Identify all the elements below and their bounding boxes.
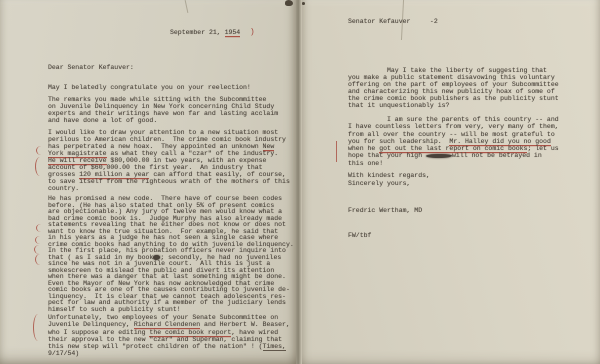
red-margin-mark [35, 236, 40, 244]
letter-page-2: Senator Kefauver -2 May I take the liber… [302, 0, 600, 364]
typed-text: on Juvenile Delinquency in New York conc… [48, 103, 274, 110]
typed-line: I have countless letters from very, very… [348, 123, 559, 130]
typed-text: will not be betrayed in [452, 152, 542, 159]
typed-line: on Juvenile Delinquency in New York conc… [48, 103, 278, 110]
paragraph-new-code: He has promised a new code. There have o… [48, 196, 294, 313]
red-underline-annotation: 1954 [225, 29, 241, 36]
typed-line: grosses 120 million a year can afford th… [48, 171, 290, 178]
typed-text: this one! [348, 160, 383, 167]
page-header: Senator Kefauver -2 [348, 18, 438, 25]
typed-underline-text: Times, [263, 343, 286, 350]
red-margin-mark [34, 245, 39, 254]
typed-line: The remarks you made while sitting with … [48, 96, 278, 103]
typed-line: this new step will "protect children of … [48, 343, 290, 350]
typed-text: and have done a lot of good. [48, 117, 157, 124]
typed-line: himself to such a publicity stunt! [48, 307, 294, 314]
red-margin-mark [33, 314, 38, 341]
typed-text: account of $60,000.00 the first year. An… [48, 164, 263, 171]
typed-text: their approval to the new "czar" and Sup… [48, 336, 282, 343]
typed-line: to save itself from the righteous wrath … [48, 178, 290, 185]
typed-text: himself to such a publicity stunt! [48, 306, 181, 313]
typed-text: offering on the part of employees of you… [348, 81, 559, 88]
typed-line: hope that your high will not be betrayed… [348, 152, 559, 159]
typed-text: Unfortunately, two employees of your Sen… [48, 314, 278, 321]
typed-text: Juvenile Delinquency, [48, 321, 134, 328]
typed-line: from all over the country -- will be mos… [348, 131, 559, 138]
typed-text: you make a public statement disavowing t… [348, 74, 555, 81]
typed-text: perilous to American children. The crime… [48, 136, 286, 143]
red-underline-annotation: He will receive [48, 157, 107, 164]
typed-text: grosses [48, 171, 79, 178]
typed-line: York magistrate as what they call a "cza… [48, 150, 290, 157]
typed-line: offering on the part of employees of you… [348, 81, 559, 88]
typed-text: I would like to draw your attention to a… [48, 129, 278, 136]
typed-line: who I suppose are editing the comic book… [48, 329, 290, 336]
typed-text: has perpetrated a new hoax. They appoint… [48, 143, 263, 150]
signature-name: Fredric Wertham, MD [348, 207, 422, 214]
typist-initials: FW/tbf [348, 232, 371, 239]
typed-text: $80,000.00 in two years, with an expense [107, 157, 267, 164]
typed-text: experts and their writings have won far … [48, 110, 278, 117]
typed-text: September 21, [170, 29, 225, 36]
typed-text: May I take the liberty of suggesting tha… [348, 67, 547, 74]
salutation: Dear Senator Kefauver: [48, 64, 134, 71]
typed-text: as what they call a "czar" of the indust… [107, 150, 279, 157]
typed-text: from all over the country -- will be mos… [348, 131, 555, 138]
paragraph-czar-hoax: I would like to draw your attention to a… [48, 129, 290, 192]
typed-line: 9/17/54) [48, 350, 290, 357]
typed-text: I have countless letters from very, very… [348, 123, 559, 130]
typed-line: and characterizing this new publicity ho… [348, 88, 559, 95]
typed-text: the crime comic book publishers as the p… [348, 95, 559, 102]
typed-line: that it unquestionably is? [348, 102, 559, 109]
typed-text: can afford that easily, of course, [149, 171, 286, 178]
ink-speck [302, 2, 305, 5]
typed-text: and characterizing this new publicity ho… [348, 88, 555, 95]
red-margin-mark [336, 141, 337, 162]
typed-line: the crime comic book publishers as the p… [348, 95, 559, 102]
letter-page-1: September 21, 1954 ) Dear Senator Kefauv… [0, 0, 296, 364]
red-underline-annotation: the comic book report [149, 329, 231, 336]
typed-line: has perpetrated a new hoax. They appoint… [48, 143, 290, 150]
typed-text: country. [48, 185, 79, 192]
typed-line: He will receive $80,000.00 in two years,… [48, 157, 290, 164]
ink-blot [426, 154, 452, 159]
red-underline-annotation: Richard Clendenen [134, 321, 200, 328]
crease-mark [185, 0, 189, 13]
typed-line: this one! [348, 160, 559, 167]
typed-text: I am sure the parents of this country --… [348, 116, 559, 123]
date-line: September 21, 1954 ) [170, 29, 255, 36]
typed-text: this new step will "protect children of … [48, 343, 263, 350]
typed-text: that it unquestionably is? [348, 102, 449, 109]
typed-text: and Herbert W. Beaser, [200, 321, 290, 328]
red-underline-annotation: Mr. Halley did you no good [449, 138, 550, 145]
typed-text: 9/17/54) [48, 350, 79, 357]
red-margin-mark [35, 254, 40, 265]
letter-scan: September 21, 1954 ) Dear Senator Kefauv… [0, 0, 600, 364]
typed-text: hope that your high [348, 152, 426, 159]
typed-text: , have wired [231, 329, 278, 336]
typed-line: I would like to draw your attention to a… [48, 129, 290, 136]
regards-line: With kindest regards, [348, 172, 430, 179]
congratulation-line: May I belatedly congratulate you on your… [48, 84, 251, 91]
typed-line: account of $60,000.00 the first year. An… [48, 164, 290, 171]
typed-line: experts and their writings have won far … [48, 110, 278, 117]
ink-speck [285, 0, 293, 6]
red-margin-mark [36, 224, 41, 232]
typed-line: and have done a lot of good. [48, 117, 278, 124]
red-margin-mark [36, 146, 41, 155]
red-underline-annotation: York magistrate [48, 150, 107, 157]
red-underline-annotation: 120 million a year [79, 171, 149, 178]
typed-text: The remarks you made while sitting with … [48, 96, 266, 103]
typed-line: perilous to American children. The crime… [48, 136, 290, 143]
typed-text: to save itself from the righteous wrath … [48, 178, 290, 185]
red-underline-annotation: New [263, 143, 275, 150]
paragraph-public-statement: May I take the liberty of suggesting tha… [348, 67, 559, 109]
paragraph-remarks: The remarks you made while sitting with … [48, 96, 278, 124]
typed-line: May I take the liberty of suggesting tha… [348, 67, 559, 74]
typed-line: September 21, 1954 ) [170, 29, 255, 36]
red-margin-mark [35, 157, 40, 176]
typed-line: Juvenile Delinquency, Richard Clendenen … [48, 321, 290, 328]
red-ink-mark: ) [240, 28, 254, 37]
paragraph-parents: I am sure the parents of this country --… [348, 116, 559, 167]
typed-text: who I suppose are editing [48, 329, 149, 336]
typed-line: country. [48, 185, 290, 192]
typed-text: you for such leadership. [348, 138, 449, 145]
closing-line: Sincerely yours, [348, 180, 410, 187]
typed-line: you make a public statement disavowing t… [348, 74, 559, 81]
paragraph-subcommittee-employees: Unfortunately, two employees of your Sen… [48, 314, 290, 358]
